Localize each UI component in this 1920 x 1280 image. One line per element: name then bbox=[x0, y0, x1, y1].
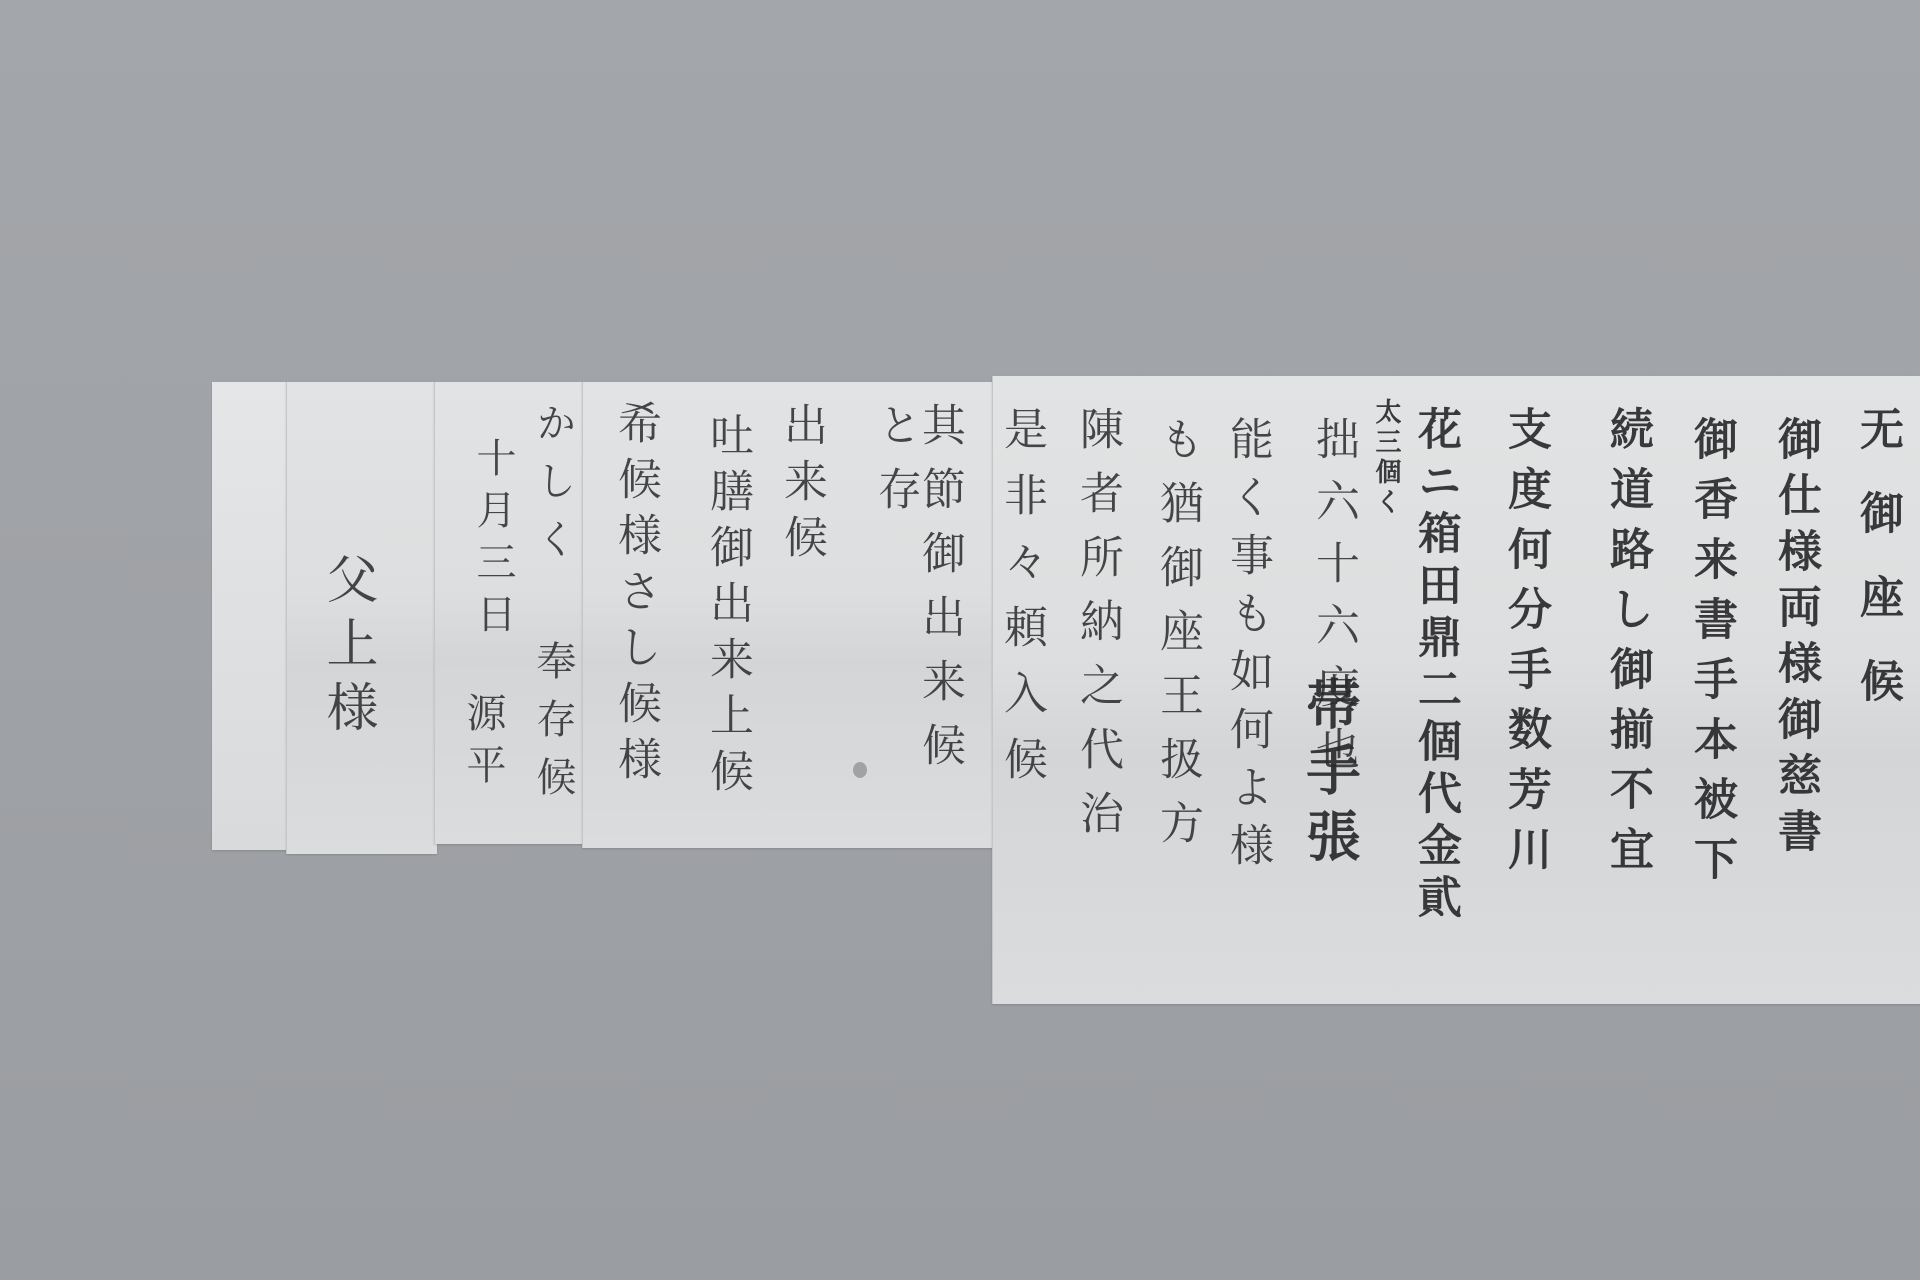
signature-column: 源平 bbox=[463, 692, 503, 796]
letter-paper: 父上様 十月三日 源平 かしく 奉存候 希候様さし候様 吐膳御出来上候 出来候 … bbox=[212, 382, 1920, 1022]
address-column: 父上様 bbox=[321, 552, 373, 744]
text-column: 支度何分手数芳川 bbox=[1503, 406, 1547, 886]
ink-blot bbox=[853, 762, 867, 778]
paper-panel-address: 父上様 bbox=[286, 382, 437, 854]
text-column: も猶御座王扱方 bbox=[1155, 416, 1199, 864]
text-column: 拙六十六度也 bbox=[1311, 416, 1355, 788]
text-column-annotation: 太三個く bbox=[1373, 398, 1399, 518]
text-column: 御仕様両様御慈書 bbox=[1773, 416, 1817, 864]
text-column: 陳者所納之代治 bbox=[1075, 406, 1119, 854]
text-column: 花ニ箱田鼎二個代金貮 bbox=[1413, 406, 1457, 926]
closing-column: かしく 奉存候 bbox=[533, 402, 573, 814]
paper-panel-left-flap bbox=[212, 382, 288, 850]
text-column: 希候様さし候様 bbox=[613, 400, 657, 792]
text-column: 无御座候 bbox=[1855, 406, 1899, 742]
text-column: 出来候 bbox=[779, 402, 823, 570]
paper-panel-date: 十月三日 源平 かしく 奉存候 bbox=[434, 382, 585, 844]
paper-panel-body-left: 希候様さし候様 吐膳御出来上候 出来候 其節御出来候と存 bbox=[582, 382, 993, 848]
text-column: 吐膳御出来上候 bbox=[705, 412, 749, 804]
text-column: 能く事も如何よ様 bbox=[1225, 416, 1269, 880]
date-column: 十月三日 bbox=[473, 437, 513, 645]
text-column: 御香来書手本被下 bbox=[1689, 416, 1733, 896]
text-column: 其節御出来候と存 bbox=[873, 402, 961, 848]
paper-panel-body-right: 是非々頼入候 陳者所納之代治 も猶御座王扱方 能く事も如何よ様 帯手張 拙六十六… bbox=[992, 376, 1920, 1004]
text-column: 是非々頼入候 bbox=[999, 406, 1043, 802]
text-column: 続道路し御揃不宜 bbox=[1605, 406, 1649, 886]
